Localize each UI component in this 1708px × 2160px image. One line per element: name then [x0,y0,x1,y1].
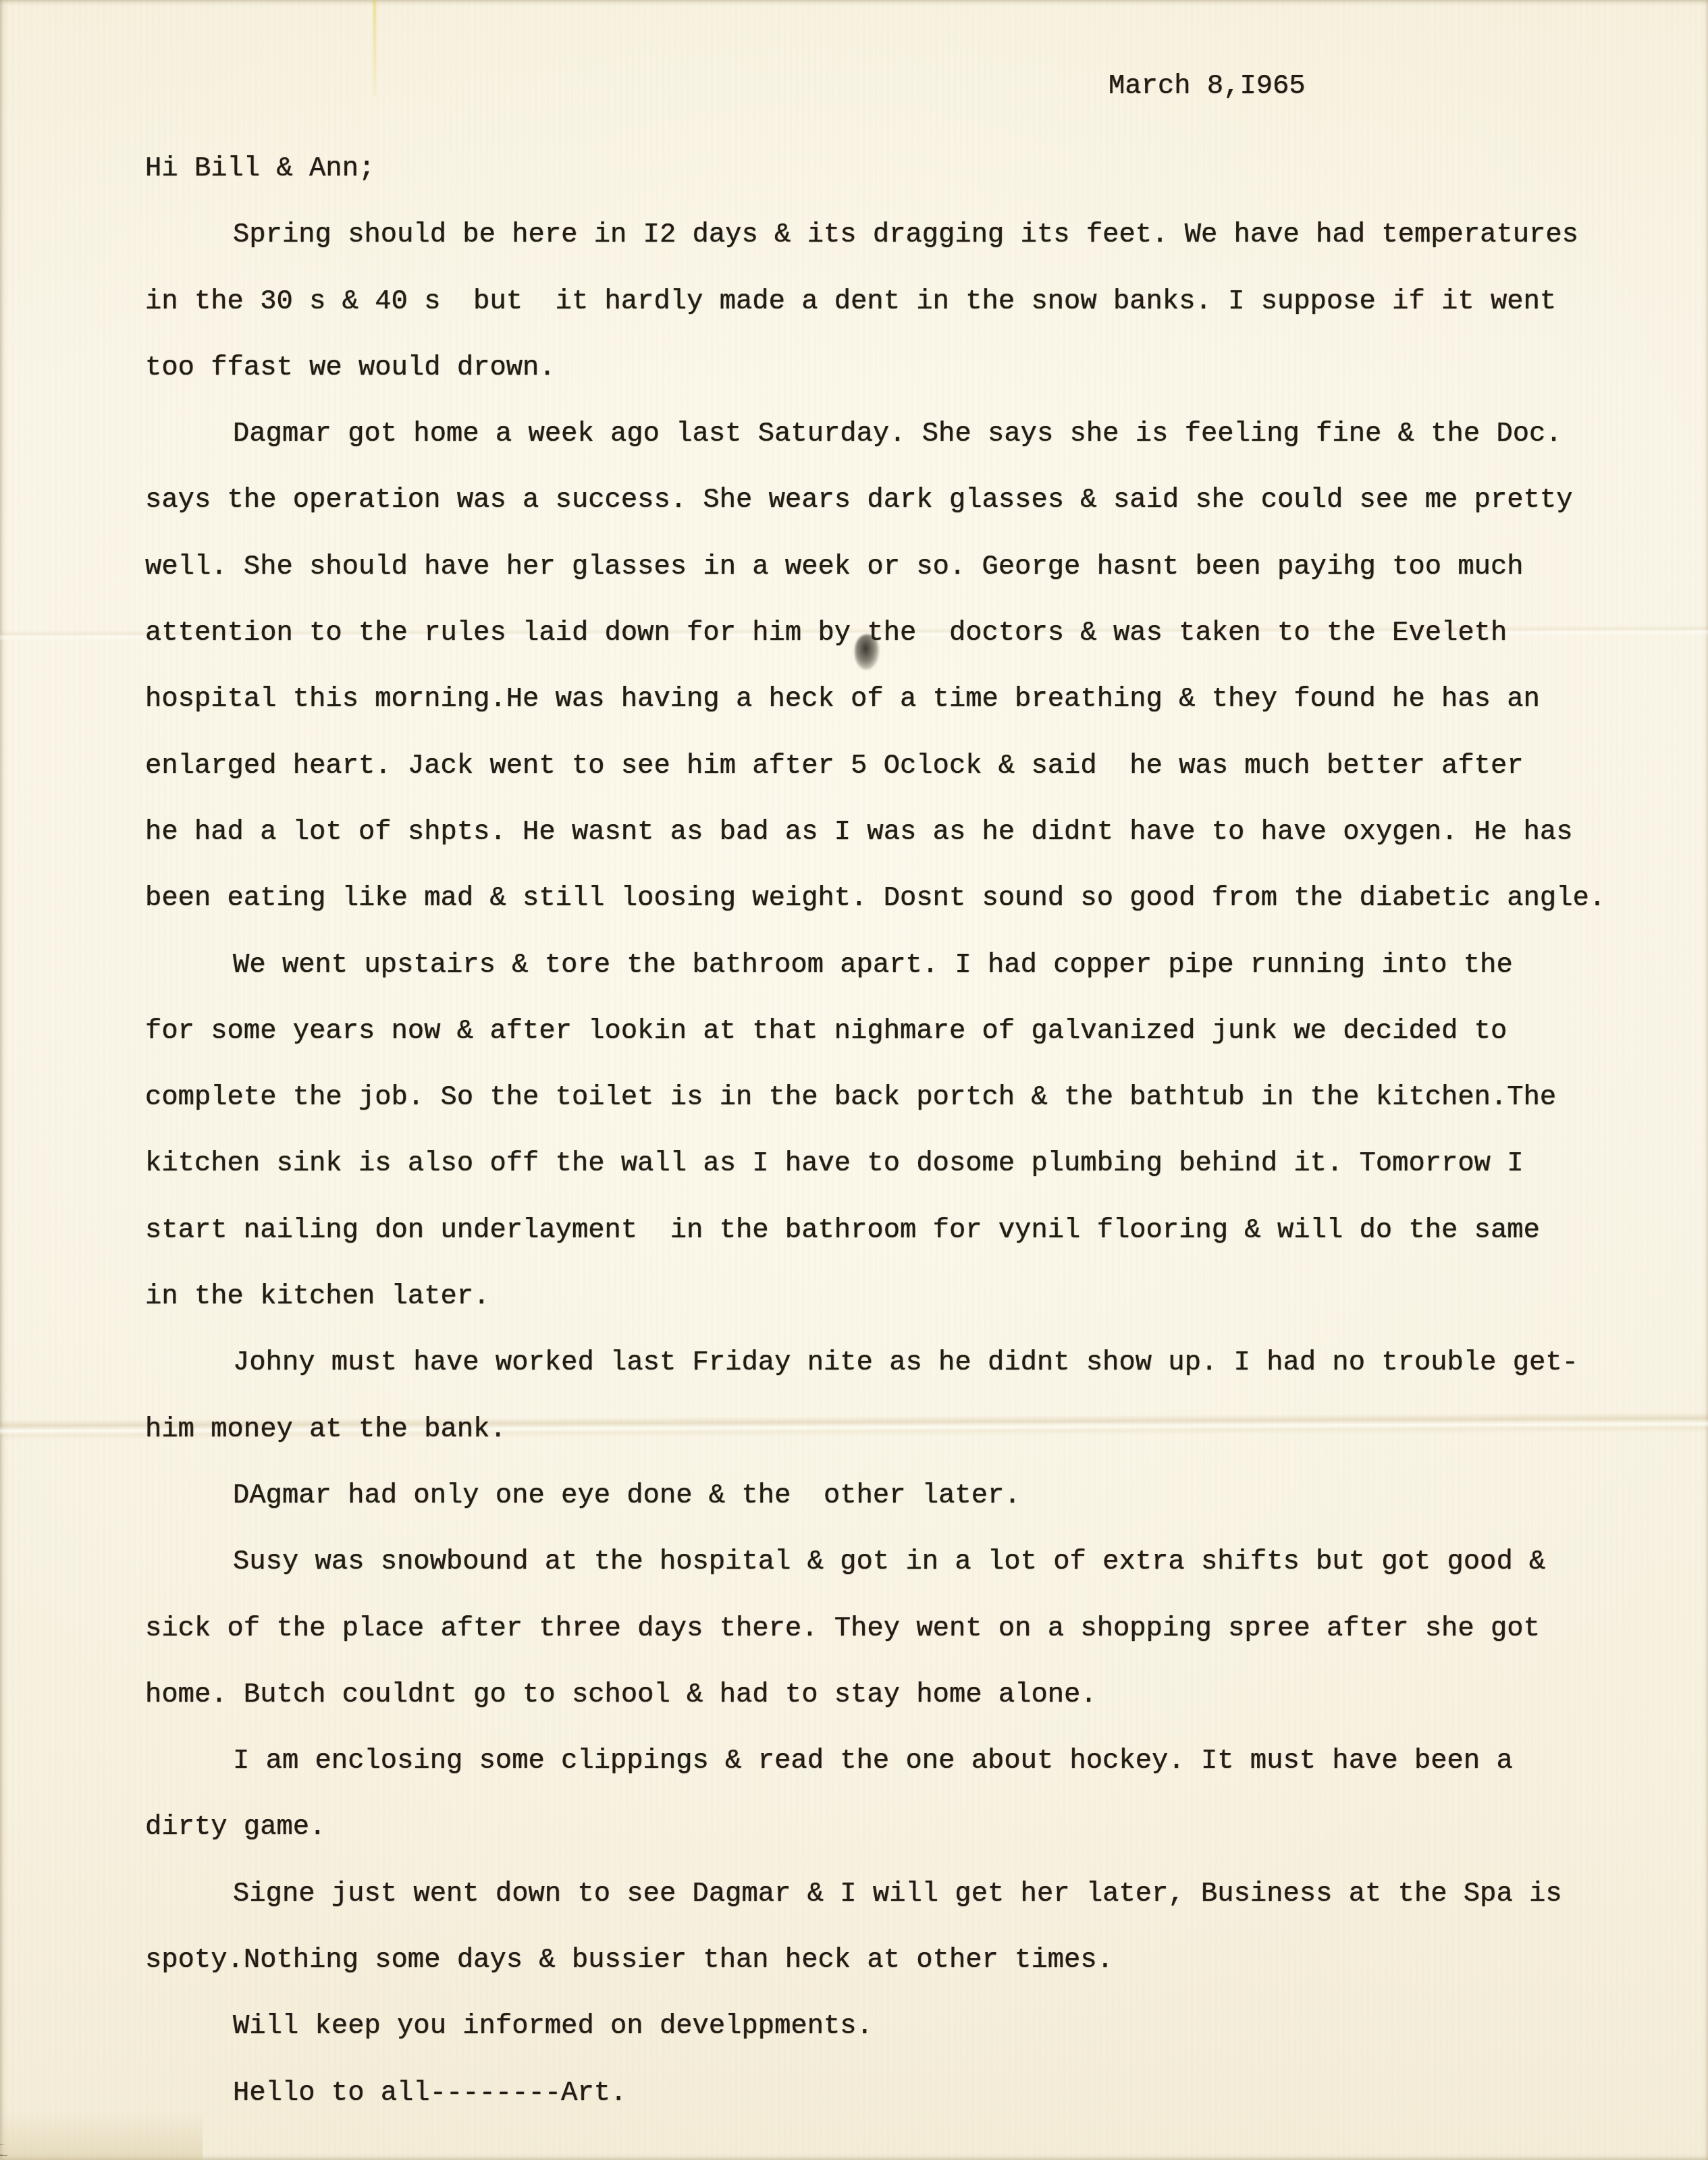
letter-line: Signe just went down to see Dagmar & I w… [145,1861,1671,1927]
letter-line: Dagmar got home a week ago last Saturday… [145,401,1671,467]
letter-line: well. She should have her glasses in a w… [145,534,1671,600]
letter-body: Hi Bill & Ann; Spring should be here in … [145,136,1671,2126]
letter-line: in the 30 s & 40 s but it hardly made a … [145,269,1671,335]
letter-page: March 8,I965 Hi Bill & Ann; Spring shoul… [0,0,1708,2160]
letter-line: him money at the bank. [145,1397,1671,1463]
letter-line: says the operation was a success. She we… [145,467,1671,533]
letter-greeting: Hi Bill & Ann; [145,136,1671,202]
letter-line: for some years now & after lookin at tha… [145,998,1671,1064]
letter-line: he had a lot of shpts. He wasnt as bad a… [145,799,1671,865]
letter-line: start nailing don underlayment in the ba… [145,1197,1671,1264]
letter-line: sick of the place after three days there… [145,1596,1671,1662]
letter-line: enlarged heart. Jack went to see him aft… [145,733,1671,799]
letter-line: been eating like mad & still loosing wei… [145,865,1671,932]
letter-line: dirty game. [145,1794,1671,1860]
letter-line: too ffast we would drown. [145,335,1671,401]
letter-date: March 8,I965 [1109,53,1306,119]
letter-line: in the kitchen later. [145,1264,1671,1330]
letter-line: Spring should be here in I2 days & its d… [145,202,1671,268]
letter-line: Will keep you informed on develppments. [145,1993,1671,2059]
letter-signoff: Hello to all--------Art. [145,2060,1671,2126]
corner-crease [0,2111,203,2160]
letter-line: attention to the rules laid down for him… [145,600,1671,666]
letter-line: kitchen sink is also off the wall as I h… [145,1131,1671,1197]
letter-line: We went upstairs & tore the bathroom apa… [145,932,1671,998]
letter-line: spoty.Nothing some days & bussier than h… [145,1927,1671,1993]
letter-line: home. Butch couldnt go to school & had t… [145,1662,1671,1728]
letter-line: Susy was snowbound at the hospital & got… [145,1529,1671,1595]
letter-line: Johny must have worked last Friday nite … [145,1330,1671,1396]
letter-line: DAgmar had only one eye done & the other… [145,1463,1671,1529]
letter-line: I am enclosing some clippings & read the… [145,1728,1671,1794]
letter-line: complete the job. So the toilet is in th… [145,1064,1671,1131]
scanner-streak [373,0,376,96]
letter-line: hospital this morning.He was having a he… [145,666,1671,732]
